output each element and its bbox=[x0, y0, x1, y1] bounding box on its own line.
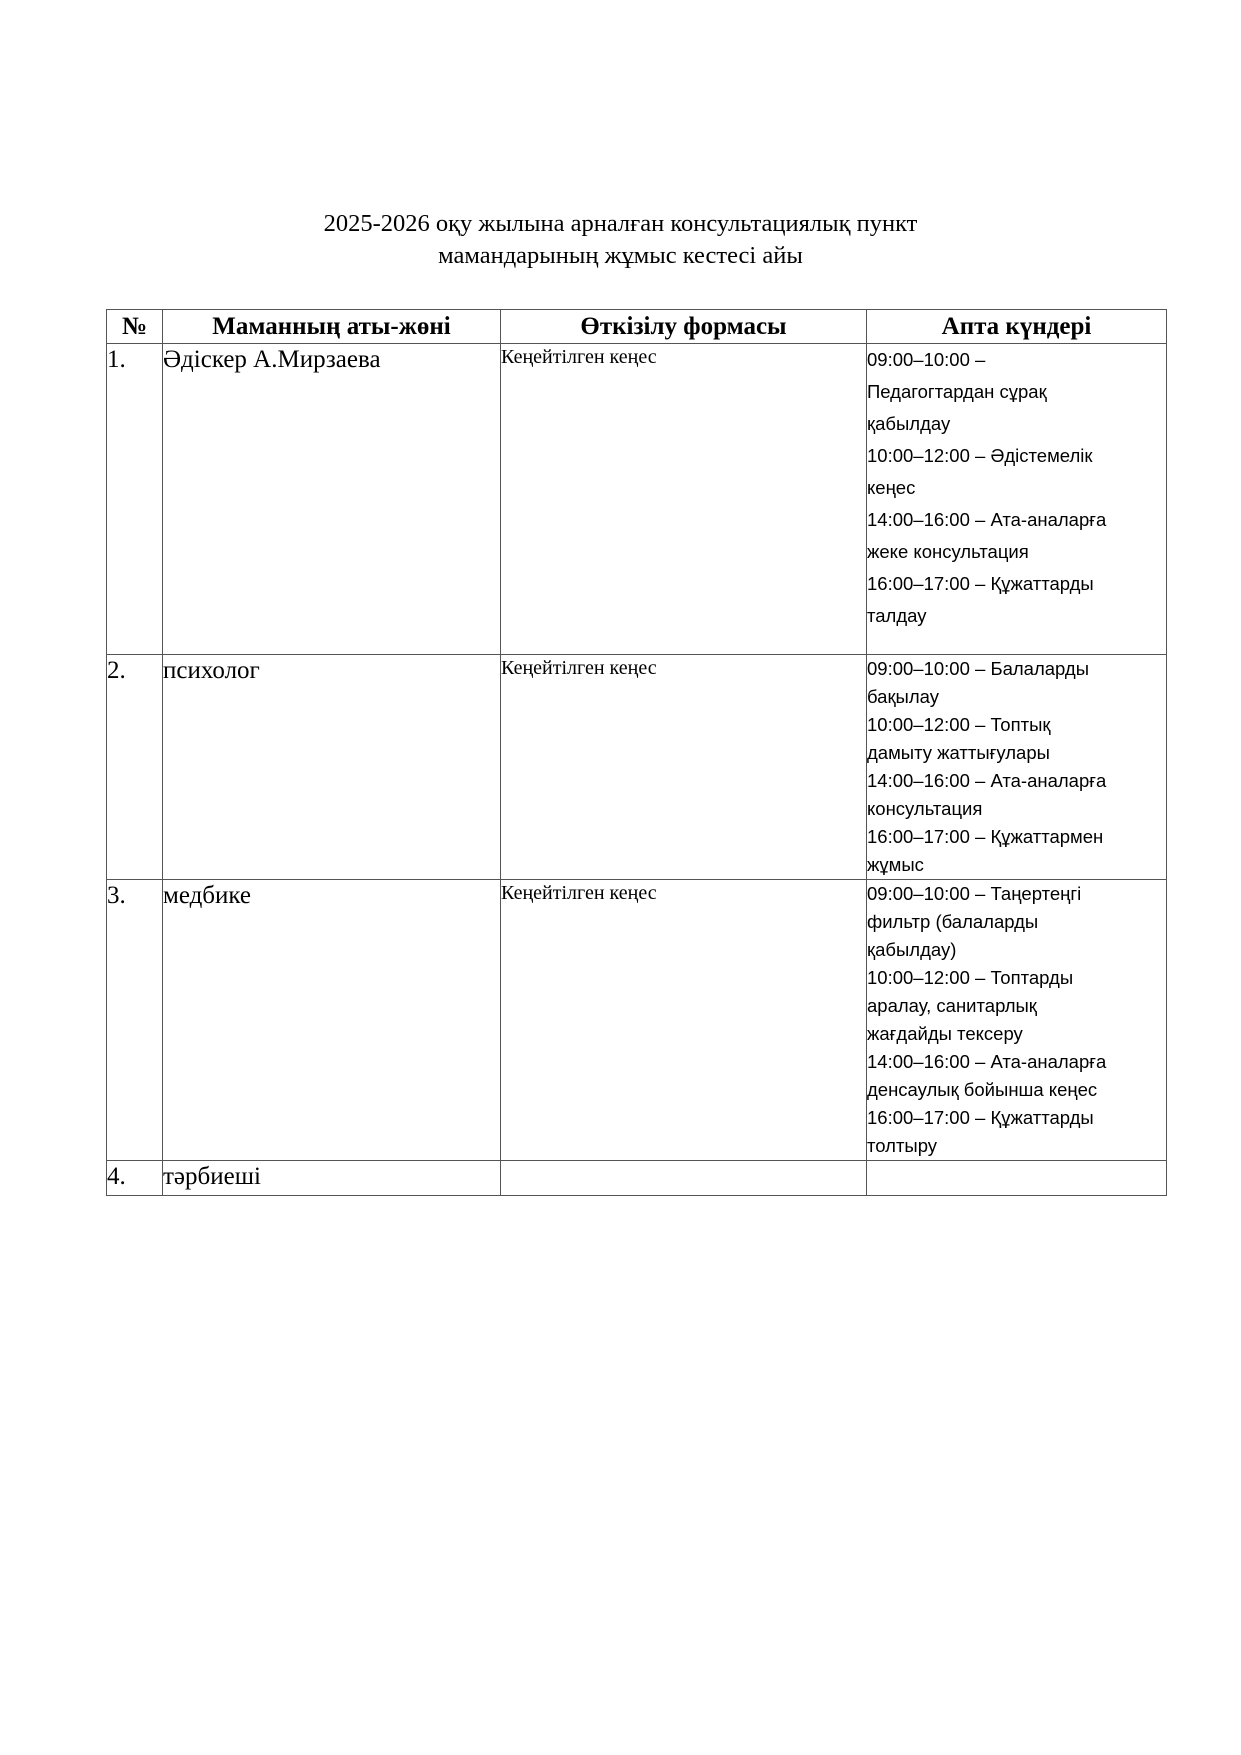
schedule-line: жеке консультация bbox=[867, 536, 1166, 568]
schedule-line: қабылдау bbox=[867, 408, 1166, 440]
row-number: 1. bbox=[107, 344, 163, 655]
specialist-name: психолог bbox=[163, 655, 501, 880]
schedule-line: жұмыс bbox=[867, 851, 1166, 879]
header-form: Өткізілу формасы bbox=[501, 310, 867, 344]
schedule-table: № Маманның аты-жөні Өткізілу формасы Апт… bbox=[106, 309, 1167, 1196]
row-number: 2. bbox=[107, 655, 163, 880]
consultation-form: Кеңейтілген кеңес bbox=[501, 655, 867, 880]
schedule-line: фильтр (балаларды bbox=[867, 908, 1166, 936]
header-name: Маманның аты-жөні bbox=[163, 310, 501, 344]
schedule-line: 16:00–17:00 – Құжаттарды bbox=[867, 1104, 1166, 1132]
schedule-line: 09:00–10:00 – Таңертеңгі bbox=[867, 880, 1166, 908]
consultation-form: Кеңейтілген кеңес bbox=[501, 344, 867, 655]
specialist-name: тәрбиеші bbox=[163, 1161, 501, 1196]
schedule-line: 09:00–10:00 – Балаларды bbox=[867, 655, 1166, 683]
schedule-line: бақылау bbox=[867, 683, 1166, 711]
table-row: 3.медбикеКеңейтілген кеңес09:00–10:00 – … bbox=[107, 880, 1167, 1161]
table-row: 4.тәрбиеші bbox=[107, 1161, 1167, 1196]
schedule-line: консультация bbox=[867, 795, 1166, 823]
header-days: Апта күндері bbox=[867, 310, 1167, 344]
header-number: № bbox=[107, 310, 163, 344]
schedule-line: қабылдау) bbox=[867, 936, 1166, 964]
schedule-cell: 09:00–10:00 – Балалардыбақылау10:00–12:0… bbox=[867, 655, 1167, 880]
schedule-cell: 09:00–10:00 –Педагогтардан сұраққабылдау… bbox=[867, 344, 1167, 655]
schedule-line: 16:00–17:00 – Құжаттармен bbox=[867, 823, 1166, 851]
schedule-line: 14:00–16:00 – Ата-аналарға bbox=[867, 504, 1166, 536]
schedule-line: 10:00–12:00 – Әдістемелік bbox=[867, 440, 1166, 472]
schedule-line: дамыту жаттығулары bbox=[867, 739, 1166, 767]
consultation-form bbox=[501, 1161, 867, 1196]
schedule-line: 10:00–12:00 – Топтық bbox=[867, 711, 1166, 739]
schedule-line: талдау bbox=[867, 600, 1166, 632]
schedule-line: 10:00–12:00 – Топтарды bbox=[867, 964, 1166, 992]
row-number: 3. bbox=[107, 880, 163, 1161]
title-line-2: мамандарының жұмыс кестесі айы bbox=[0, 240, 1241, 272]
schedule-cell bbox=[867, 1161, 1167, 1196]
title-line-1: 2025-2026 оқу жылына арналған консультац… bbox=[0, 208, 1241, 240]
consultation-form: Кеңейтілген кеңес bbox=[501, 880, 867, 1161]
schedule-line: 16:00–17:00 – Құжаттарды bbox=[867, 568, 1166, 600]
table-row: 1.Әдіскер А.МирзаеваКеңейтілген кеңес09:… bbox=[107, 344, 1167, 655]
specialist-name: Әдіскер А.Мирзаева bbox=[163, 344, 501, 655]
schedule-line: аралау, санитарлық bbox=[867, 992, 1166, 1020]
table-header-row: № Маманның аты-жөні Өткізілу формасы Апт… bbox=[107, 310, 1167, 344]
schedule-cell: 09:00–10:00 – Таңертеңгіфильтр (балалард… bbox=[867, 880, 1167, 1161]
schedule-line: жағдайды тексеру bbox=[867, 1020, 1166, 1048]
table-row: 2.психологКеңейтілген кеңес09:00–10:00 –… bbox=[107, 655, 1167, 880]
document-title: 2025-2026 оқу жылына арналған консультац… bbox=[0, 208, 1241, 272]
schedule-line: Педагогтардан сұрақ bbox=[867, 376, 1166, 408]
schedule-line: толтыру bbox=[867, 1132, 1166, 1160]
schedule-line: кеңес bbox=[867, 472, 1166, 504]
row-number: 4. bbox=[107, 1161, 163, 1196]
schedule-line: денсаулық бойынша кеңес bbox=[867, 1076, 1166, 1104]
schedule-line: 09:00–10:00 – bbox=[867, 344, 1166, 376]
specialist-name: медбике bbox=[163, 880, 501, 1161]
schedule-line: 14:00–16:00 – Ата-аналарға bbox=[867, 1048, 1166, 1076]
schedule-line: 14:00–16:00 – Ата-аналарға bbox=[867, 767, 1166, 795]
